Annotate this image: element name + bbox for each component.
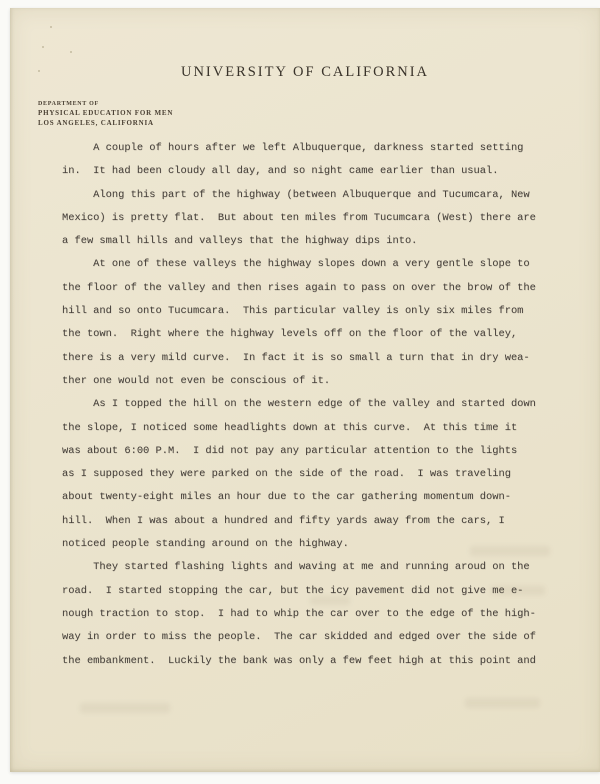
bleed-through-smudge (470, 546, 550, 556)
paragraph: At one of these valleys the highway slop… (62, 253, 562, 393)
paper-speck (38, 70, 40, 72)
letterhead-city-line: LOS ANGELES, CALIFORNIA (38, 119, 173, 128)
letterhead-department-line: DEPARTMENT OF (38, 100, 173, 109)
bleed-through-smudge (490, 586, 545, 595)
bleed-through-smudge (310, 596, 350, 605)
paper-speck (42, 46, 44, 48)
scan-background: UNIVERSITY OF CALIFORNIA DEPARTMENT OF P… (0, 0, 600, 784)
paragraph: A couple of hours after we left Albuquer… (62, 137, 562, 184)
paper-speck (50, 26, 52, 28)
paragraph: Along this part of the highway (between … (62, 184, 562, 254)
paragraph: As I topped the hill on the western edge… (62, 393, 562, 556)
bleed-through-smudge (465, 698, 540, 708)
letter-body: A couple of hours after we left Albuquer… (62, 137, 562, 673)
letter-page: UNIVERSITY OF CALIFORNIA DEPARTMENT OF P… (10, 8, 600, 772)
letterhead-department-block: DEPARTMENT OF PHYSICAL EDUCATION FOR MEN… (38, 100, 173, 128)
letterhead-institution: UNIVERSITY OF CALIFORNIA (10, 64, 600, 81)
paper-speck (70, 51, 72, 53)
bleed-through-smudge (80, 703, 170, 713)
letterhead-department-line: PHYSICAL EDUCATION FOR MEN (38, 109, 173, 118)
paragraph: They started flashing lights and waving … (62, 556, 562, 672)
